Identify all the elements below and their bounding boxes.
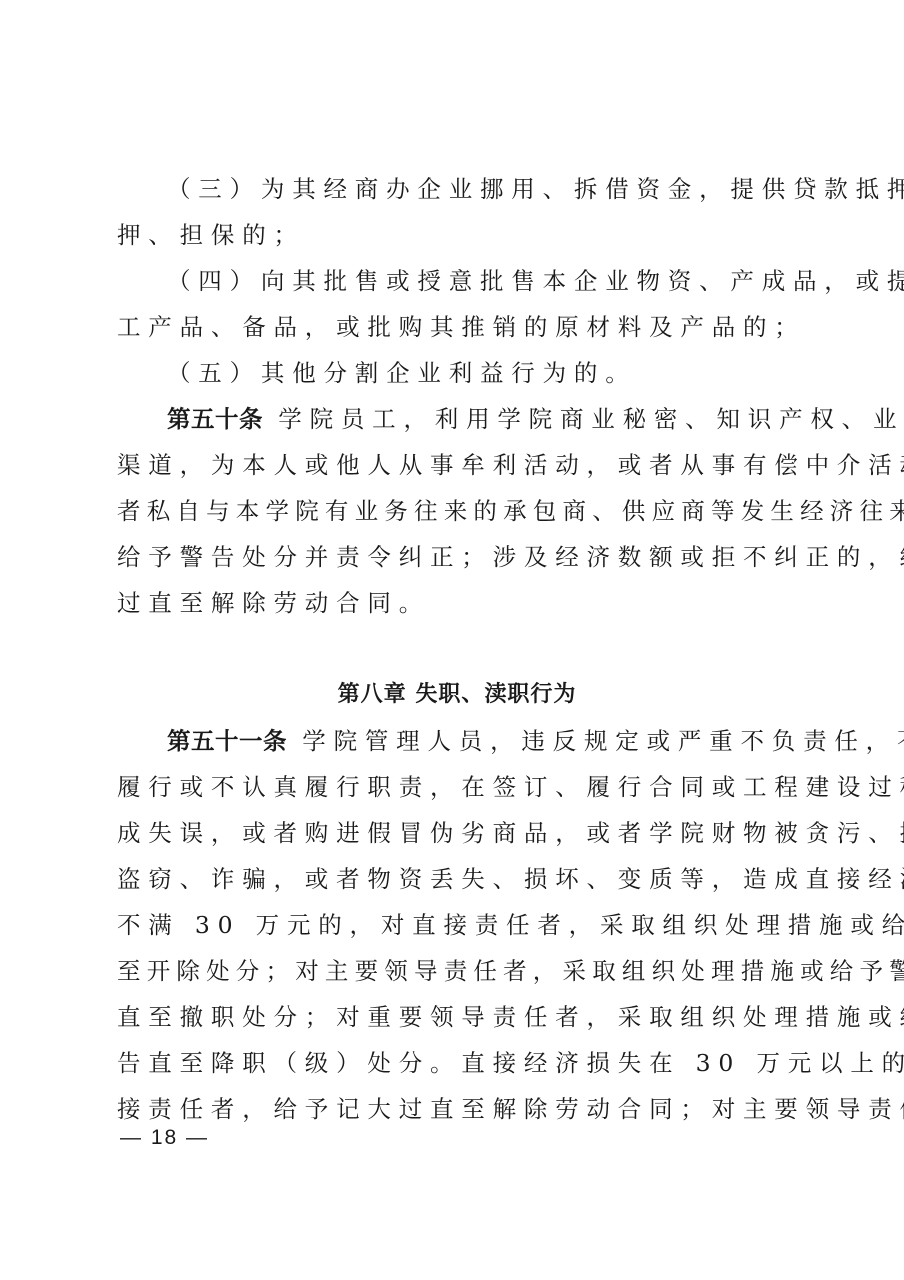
article-50-line-1: 第五十条 学院员工，利用学院商业秘密、知识产权、业务	[117, 396, 797, 442]
article-50-text: 学院员工，利用学院商业秘密、知识产权、业务	[278, 405, 904, 433]
item-3-line-2: 押、担保的；	[117, 212, 797, 258]
article-51-line-1: 第五十一条 学院管理人员，违反规定或严重不负责任，不	[117, 718, 797, 764]
article-51-line-8: 告直至降职（级）处分。直接经济损失在 30 万元以上的，对直	[117, 1040, 797, 1086]
page-number: — 18 —	[120, 1126, 209, 1150]
article-51-line-4: 盗窃、诈骗，或者物资丢失、损坏、变质等，造成直接经济损失	[117, 856, 797, 902]
item-3-line-1: （三）为其经商办企业挪用、拆借资金，提供贷款抵押、质	[117, 166, 797, 212]
article-51-line-6: 至开除处分；对主要领导责任者，采取组织处理措施或给予警告。	[117, 948, 797, 994]
article-51-label: 第五十一条	[167, 727, 287, 755]
document-page: （三）为其经商办企业挪用、拆借资金，提供贷款抵押、质 押、担保的； （四）向其批…	[117, 166, 797, 1132]
article-51-line-3: 成失误，或者购进假冒伪劣商品，或者学院财物被贪污、挪用、	[117, 810, 797, 856]
article-51-line-9: 接责任者，给予记大过直至解除劳动合同；对主要领导责任者，	[117, 1086, 797, 1132]
item-4-line-2: 工产品、备品，或批购其推销的原材料及产品的；	[117, 304, 797, 350]
article-51-text: 学院管理人员，违反规定或严重不负责任，不	[302, 727, 904, 755]
article-50-line-4: 给予警告处分并责令纠正；涉及经济数额或拒不纠正的，给予记	[117, 534, 797, 580]
article-50-line-3: 者私自与本学院有业务往来的承包商、供应商等发生经济往来的，	[117, 488, 797, 534]
spacer	[117, 626, 797, 672]
chapter-heading: 第八章 失职、渎职行为	[117, 672, 797, 718]
article-50-label: 第五十条	[167, 405, 263, 433]
item-5-line-1: （五）其他分割企业利益行为的。	[117, 350, 797, 396]
article-51-line-7: 直至撤职处分；对重要领导责任者，采取组织处理措施或给予警	[117, 994, 797, 1040]
article-51-line-5: 不满 30 万元的，对直接责任者，采取组织处理措施或给予警告	[117, 902, 797, 948]
item-4-line-1: （四）向其批售或授意批售本企业物资、产成品，或提供加	[117, 258, 797, 304]
article-50-line-2: 渠道，为本人或他人从事牟利活动，或者从事有偿中介活动，或	[117, 442, 797, 488]
article-50-line-5: 过直至解除劳动合同。	[117, 580, 797, 626]
article-51-line-2: 履行或不认真履行职责，在签订、履行合同或工程建设过程中造	[117, 764, 797, 810]
